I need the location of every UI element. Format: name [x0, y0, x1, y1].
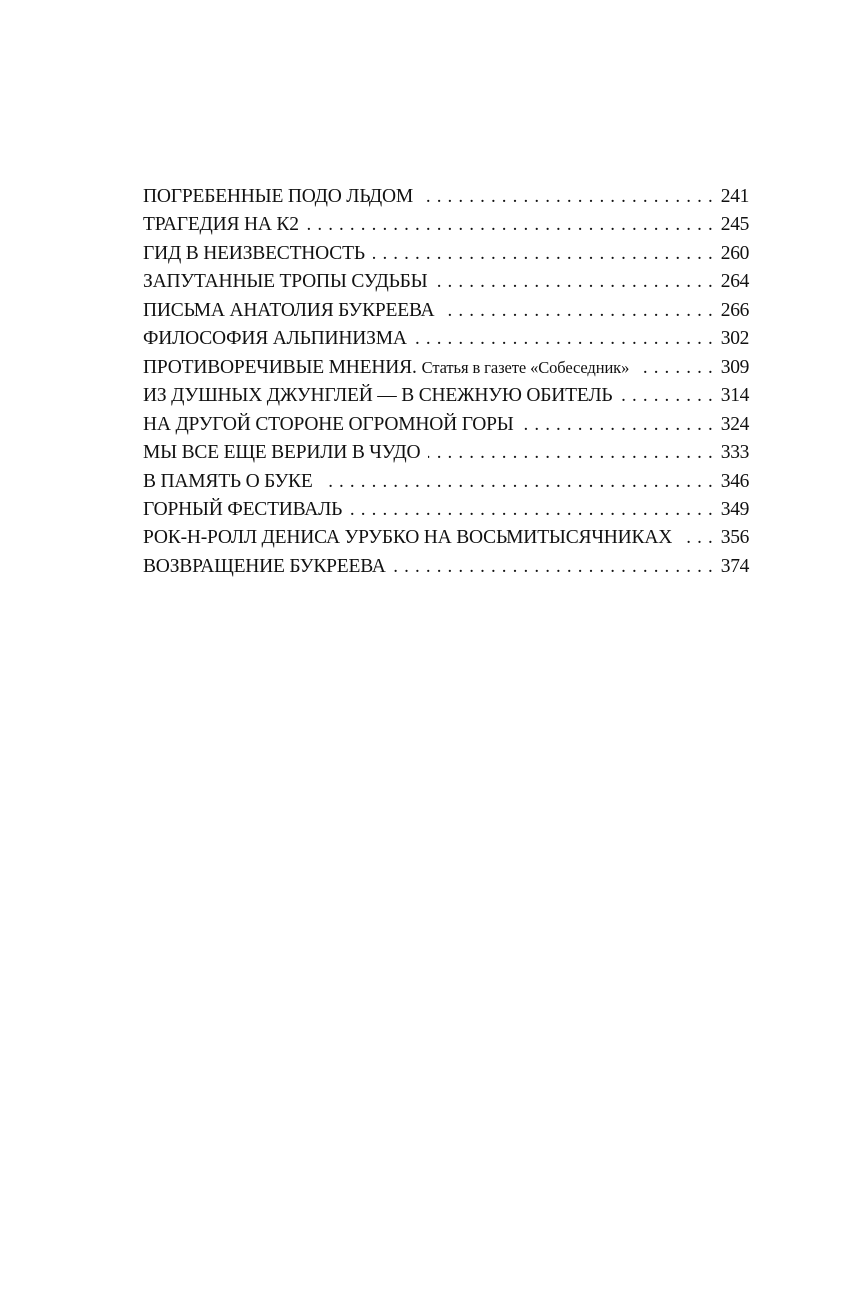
- toc-entry-title: ПРОТИВОРЕЧИВЫЕ МНЕНИЯ.: [143, 354, 417, 382]
- toc-entry: ИЗ ДУШНЫХ ДЖУНГЛЕЙ — В СНЕЖНУЮ ОБИТЕЛЬ .…: [143, 382, 749, 410]
- dot-leader: ........................................…: [637, 354, 719, 382]
- toc-entry: ФИЛОСОФИЯ АЛЬПИНИЗМА ...................…: [143, 325, 749, 353]
- toc-entry-page-number: 314: [721, 382, 749, 410]
- toc-entry: ГОРНЫЙ ФЕСТИВАЛЬ .......................…: [143, 496, 749, 524]
- dot-leader: ........................................…: [428, 439, 718, 467]
- toc-entry: НА ДРУГОЙ СТОРОНЕ ОГРОМНОЙ ГОРЫ ........…: [143, 411, 749, 439]
- toc-entry-title: ЗАПУТАННЫЕ ТРОПЫ СУДЬБЫ: [143, 268, 427, 296]
- table-of-contents: ПОГРЕБЕННЫЕ ПОДО ЛЬДОМ .................…: [143, 183, 749, 581]
- dot-leader: ........................................…: [680, 524, 719, 552]
- toc-entry-page-number: 264: [721, 268, 749, 296]
- dot-leader: ........................................…: [435, 268, 718, 296]
- toc-entry-title: ПОГРЕБЕННЫЕ ПОДО ЛЬДОМ: [143, 183, 413, 211]
- toc-entry: ПРОТИВОРЕЧИВЫЕ МНЕНИЯ. Статья в газете «…: [143, 354, 749, 382]
- dot-leader: ........................................…: [350, 496, 719, 524]
- toc-entry-page-number: 356: [721, 524, 749, 552]
- toc-entry-page-number: 333: [721, 439, 749, 467]
- toc-entry: В ПАМЯТЬ О БУКЕ ........................…: [143, 468, 749, 496]
- dot-leader: ........................................…: [522, 411, 719, 439]
- dot-leader: ........................................…: [321, 468, 719, 496]
- toc-entry: МЫ ВСЕ ЕЩЕ ВЕРИЛИ В ЧУДО ...............…: [143, 439, 749, 467]
- toc-entry-subtitle: Статья в газете «Собеседник»: [422, 354, 630, 382]
- toc-entry-page-number: 309: [721, 354, 749, 382]
- toc-entry-page-number: 302: [721, 325, 749, 353]
- toc-entry-title: РОК-Н-РОЛЛ ДЕНИСА УРУБКО НА ВОСЬМИТЫСЯЧН…: [143, 524, 672, 552]
- toc-entry-page-number: 349: [721, 496, 749, 524]
- dot-leader: ........................................…: [373, 240, 719, 268]
- dot-leader: ........................................…: [415, 325, 719, 353]
- toc-entry-title: ПИСЬМА АНАТОЛИЯ БУКРЕЕВА: [143, 297, 434, 325]
- dot-leader: ........................................…: [307, 211, 719, 239]
- toc-entry: ПИСЬМА АНАТОЛИЯ БУКРЕЕВА ...............…: [143, 297, 749, 325]
- toc-entry: ЗАПУТАННЫЕ ТРОПЫ СУДЬБЫ ................…: [143, 268, 749, 296]
- toc-entry-page-number: 241: [721, 183, 749, 211]
- toc-entry-page-number: 245: [721, 211, 749, 239]
- toc-entry-title: ТРАГЕДИЯ НА К2: [143, 211, 299, 239]
- toc-entry-title: МЫ ВСЕ ЕЩЕ ВЕРИЛИ В ЧУДО: [143, 439, 420, 467]
- toc-entry: ТРАГЕДИЯ НА К2 .........................…: [143, 211, 749, 239]
- toc-entry-title: ГИД В НЕИЗВЕСТНОСТЬ: [143, 240, 365, 268]
- toc-entry-title: ИЗ ДУШНЫХ ДЖУНГЛЕЙ — В СНЕЖНУЮ ОБИТЕЛЬ: [143, 382, 612, 410]
- toc-entry-title: НА ДРУГОЙ СТОРОНЕ ОГРОМНОЙ ГОРЫ: [143, 411, 514, 439]
- dot-leader: ........................................…: [442, 297, 718, 325]
- toc-entry-page-number: 266: [721, 297, 749, 325]
- toc-entry-title: ГОРНЫЙ ФЕСТИВАЛЬ: [143, 496, 342, 524]
- toc-entry: ПОГРЕБЕННЫЕ ПОДО ЛЬДОМ .................…: [143, 183, 749, 211]
- toc-entry: РОК-Н-РОЛЛ ДЕНИСА УРУБКО НА ВОСЬМИТЫСЯЧН…: [143, 524, 749, 552]
- dot-leader: ........................................…: [394, 553, 719, 581]
- toc-entry-page-number: 346: [721, 468, 749, 496]
- toc-entry: ГИД В НЕИЗВЕСТНОСТЬ ....................…: [143, 240, 749, 268]
- toc-entry-title: ВОЗВРАЩЕНИЕ БУКРЕЕВА: [143, 553, 386, 581]
- toc-entry-title: В ПАМЯТЬ О БУКЕ: [143, 468, 313, 496]
- toc-entry-page-number: 374: [721, 553, 749, 581]
- toc-entry-page-number: 260: [721, 240, 749, 268]
- toc-entry-title: ФИЛОСОФИЯ АЛЬПИНИЗМА: [143, 325, 407, 353]
- toc-entry: ВОЗВРАЩЕНИЕ БУКРЕЕВА ...................…: [143, 553, 749, 581]
- dot-leader: ........................................…: [620, 382, 718, 410]
- toc-entry-page-number: 324: [721, 411, 749, 439]
- dot-leader: ........................................…: [421, 183, 719, 211]
